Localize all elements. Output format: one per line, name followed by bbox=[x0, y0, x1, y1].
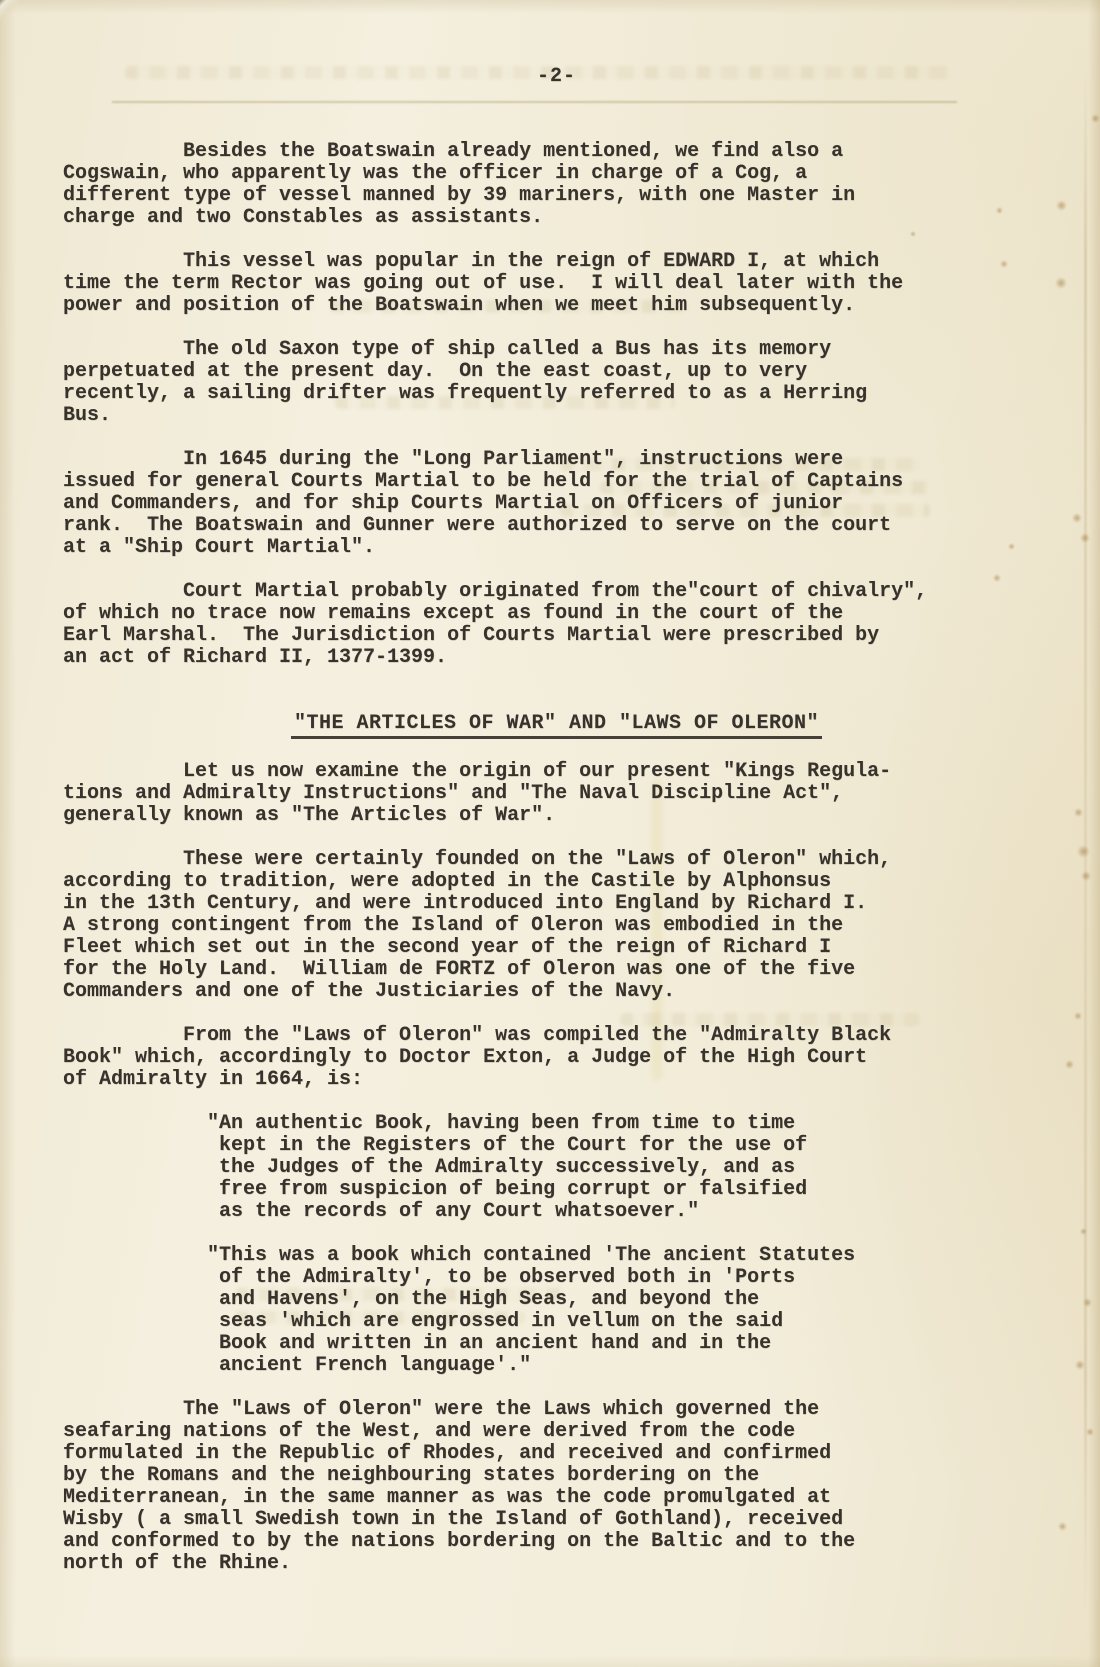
quote-ancient-statutes: "This was a book which contained 'The an… bbox=[63, 1245, 1050, 1377]
paragraph-boatswain-cogswain: Besides the Boatswain already mentioned,… bbox=[63, 141, 1050, 229]
page-number: -2- bbox=[63, 66, 1050, 88]
paragraph-edward-i: This vessel was popular in the reign of … bbox=[63, 251, 1050, 317]
paragraph-laws-governed-west: The "Laws of Oleron" were the Laws which… bbox=[63, 1399, 1050, 1575]
paragraph-laws-of-oleron-origin: These were certainly founded on the "Law… bbox=[63, 849, 1050, 1003]
quote-authentic-book: "An authentic Book, having been from tim… bbox=[63, 1113, 1050, 1223]
paragraph-saxon-bus: The old Saxon type of ship called a Bus … bbox=[63, 339, 1050, 427]
paragraph-admiralty-black-book: From the "Laws of Oleron" was compiled t… bbox=[63, 1025, 1050, 1091]
paragraph-kings-regulations: Let us now examine the origin of our pre… bbox=[63, 761, 1050, 827]
paragraph-long-parliament: In 1645 during the "Long Parliament", in… bbox=[63, 449, 1050, 559]
document-body: -2- Besides the Boatswain already mentio… bbox=[0, 0, 1100, 1575]
paragraph-court-of-chivalry: Court Martial probably originated from t… bbox=[63, 581, 1050, 669]
section-heading-text: "THE ARTICLES OF WAR" AND "LAWS OF OLERO… bbox=[291, 713, 822, 739]
section-heading: "THE ARTICLES OF WAR" AND "LAWS OF OLERO… bbox=[63, 713, 1050, 739]
